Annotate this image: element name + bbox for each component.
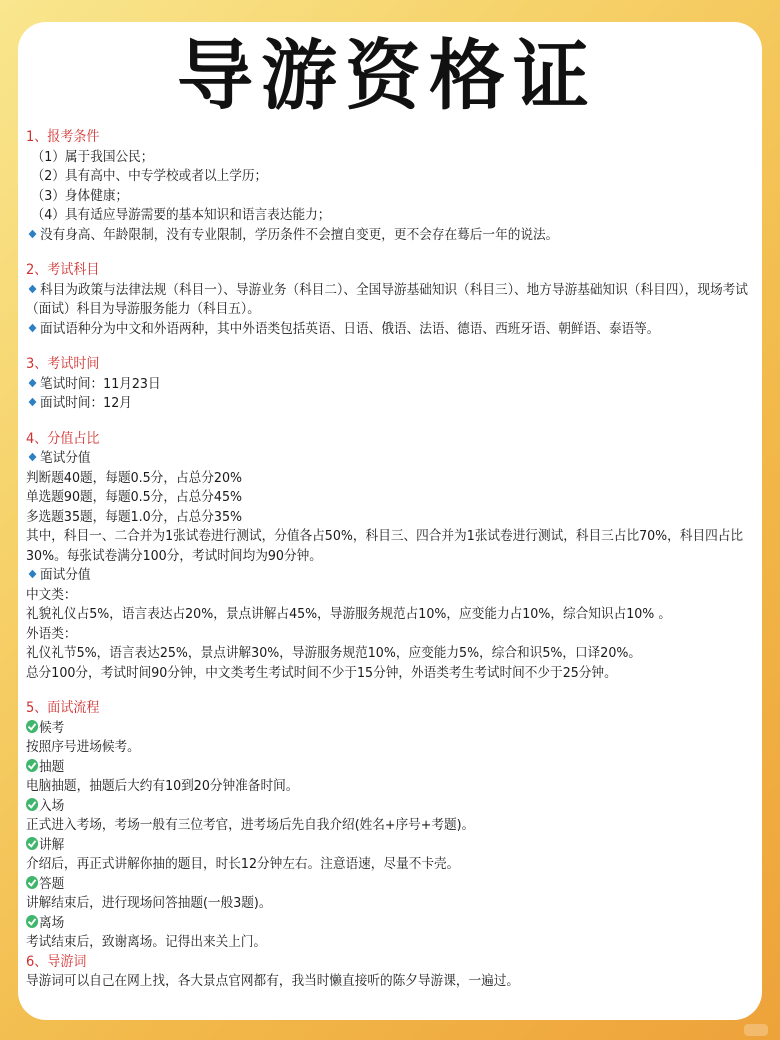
category-label: 中文类： bbox=[26, 586, 751, 606]
step-title-text: 答题 bbox=[39, 876, 64, 892]
step-desc: 介绍后，再正式讲解你抽的题目，时长12分钟左右。注意语速，尽量不卡壳。 bbox=[26, 855, 751, 875]
diamond-bullet-icon bbox=[29, 229, 37, 237]
score-paragraph: 其中，科目一、二合并为1张试卷进行测试，分值各占50%，科目三、四合并为1张试卷… bbox=[26, 527, 751, 566]
diamond-bullet-icon bbox=[29, 453, 37, 461]
bullet-line: 笔试时间：11月23日 bbox=[26, 375, 751, 395]
score-line: 判断题40题，每题0.5分，占总分20% bbox=[26, 469, 751, 489]
step-title-text: 抽题 bbox=[39, 759, 64, 775]
interview-date: 面试时间：12月 bbox=[40, 395, 132, 411]
written-exam-date: 笔试时间：11月23日 bbox=[40, 376, 161, 392]
interview-summary: 总分100分，考试时间90分钟，中文类考生考试时间不少于15分钟，外语类考生考试… bbox=[26, 664, 751, 684]
step-title: 候考 bbox=[26, 719, 751, 739]
step-desc: 考试结束后，致谢离场。记得出来关上门。 bbox=[26, 933, 751, 953]
section-tour-script: 6、导游词 导游词可以自己在网上找，各大景点官网都有，我当时懒直接听的陈夕导游课… bbox=[26, 953, 751, 992]
step-title: 讲解 bbox=[26, 836, 751, 856]
page-title: 导游资格证 bbox=[26, 24, 748, 128]
note-text: 没有身高、年龄限制，没有专业限制，学历条件不会擅自变更，更不会存在蓦后一年的说法… bbox=[40, 227, 558, 243]
check-circle-icon bbox=[26, 720, 38, 733]
list-item: （3）身体健康； bbox=[26, 187, 751, 207]
section-score-ratio: 4、分值占比 笔试分值 判断题40题，每题0.5分，占总分20% 单选题90题，… bbox=[26, 430, 751, 684]
watermark-logo bbox=[744, 1024, 768, 1036]
step-title-text: 讲解 bbox=[39, 837, 64, 853]
written-score-label: 笔试分值 bbox=[40, 450, 91, 466]
sub-heading: 面试分值 bbox=[26, 566, 751, 586]
step-desc: 正式进入考场，考场一般有三位考官，进考场后先自我介绍(姓名+序号+考题)。 bbox=[26, 816, 751, 836]
section-heading: 6、导游词 bbox=[26, 953, 751, 973]
list-item: （4）具有适应导游需要的基本知识和语言表达能力； bbox=[26, 206, 751, 226]
diamond-bullet-icon bbox=[29, 398, 37, 406]
section-interview-process: 5、面试流程 候考 按照序号进场候考。 抽题 电脑抽题，抽题后大约有10到20分… bbox=[26, 699, 751, 953]
step-desc: 讲解结束后，进行现场问答抽题(一般3题)。 bbox=[26, 894, 751, 914]
check-circle-icon bbox=[26, 915, 38, 928]
check-circle-icon bbox=[26, 759, 38, 772]
step-desc: 电脑抽题，抽题后大约有10到20分钟准备时间。 bbox=[26, 777, 751, 797]
tour-script-text: 导游词可以自己在网上找，各大景点官网都有，我当时懒直接听的陈夕导游课，一遍过。 bbox=[26, 972, 751, 992]
check-circle-icon bbox=[26, 837, 38, 850]
category-detail: 礼仪礼节5%，语言表达25%，景点讲解30%，导游服务规范10%，应变能力5%，… bbox=[26, 644, 751, 664]
bullet-text: 面试语种分为中文和外语两种，其中外语类包括英语、日语、俄语、法语、德语、西班牙语… bbox=[40, 321, 659, 337]
step-desc: 按照序号进场候考。 bbox=[26, 738, 751, 758]
step-title-text: 入场 bbox=[39, 798, 64, 814]
score-line: 多选题35题，每题1.0分，占总分35% bbox=[26, 508, 751, 528]
interview-score-label: 面试分值 bbox=[40, 567, 91, 583]
sub-heading: 笔试分值 bbox=[26, 449, 751, 469]
diamond-bullet-icon bbox=[29, 284, 37, 292]
section-subjects: 2、考试科目 科目为政策与法律法规（科目一）、导游业务（科目二）、全国导游基础知… bbox=[26, 261, 751, 339]
step-title: 入场 bbox=[26, 797, 751, 817]
diamond-bullet-icon bbox=[29, 378, 37, 386]
list-item: （1）属于我国公民； bbox=[26, 148, 751, 168]
diamond-bullet-icon bbox=[29, 570, 37, 578]
bullet-line: 面试时间：12月 bbox=[26, 394, 751, 414]
diamond-bullet-icon bbox=[29, 323, 37, 331]
section-exam-time: 3、考试时间 笔试时间：11月23日 面试时间：12月 bbox=[26, 355, 751, 414]
list-item: （2）具有高中、中专学校或者以上学历； bbox=[26, 167, 751, 187]
check-circle-icon bbox=[26, 876, 38, 889]
section-heading: 4、分值占比 bbox=[26, 430, 751, 450]
step-title: 抽题 bbox=[26, 758, 751, 778]
bullet-paragraph: 科目为政策与法律法规（科目一）、导游业务（科目二）、全国导游基础知识（科目三）、… bbox=[26, 281, 751, 320]
section-heading: 5、面试流程 bbox=[26, 699, 751, 719]
bullet-paragraph: 面试语种分为中文和外语两种，其中外语类包括英语、日语、俄语、法语、德语、西班牙语… bbox=[26, 320, 751, 340]
category-detail: 礼貌礼仪占5%，语言表达占20%，景点讲解占45%，导游服务规范占10%，应变能… bbox=[26, 605, 751, 625]
step-title: 答题 bbox=[26, 875, 751, 895]
section-heading: 2、考试科目 bbox=[26, 261, 751, 281]
step-title-text: 离场 bbox=[39, 915, 64, 931]
score-line: 单选题90题，每题0.5分，占总分45% bbox=[26, 488, 751, 508]
content-card: 导游资格证 1、报考条件 （1）属于我国公民； （2）具有高中、中专学校或者以上… bbox=[18, 22, 762, 1020]
note-line: 没有身高、年龄限制，没有专业限制，学历条件不会擅自变更，更不会存在蓦后一年的说法… bbox=[26, 226, 751, 246]
bullet-text: 科目为政策与法律法规（科目一）、导游业务（科目二）、全国导游基础知识（科目三）、… bbox=[26, 282, 748, 318]
step-title-text: 候考 bbox=[39, 720, 64, 736]
section-heading: 1、报考条件 bbox=[26, 128, 751, 148]
step-title: 离场 bbox=[26, 914, 751, 934]
document-body: 1、报考条件 （1）属于我国公民； （2）具有高中、中专学校或者以上学历； （3… bbox=[26, 128, 751, 992]
section-eligibility: 1、报考条件 （1）属于我国公民； （2）具有高中、中专学校或者以上学历； （3… bbox=[26, 128, 751, 245]
category-label: 外语类： bbox=[26, 625, 751, 645]
section-heading: 3、考试时间 bbox=[26, 355, 751, 375]
check-circle-icon bbox=[26, 798, 38, 811]
